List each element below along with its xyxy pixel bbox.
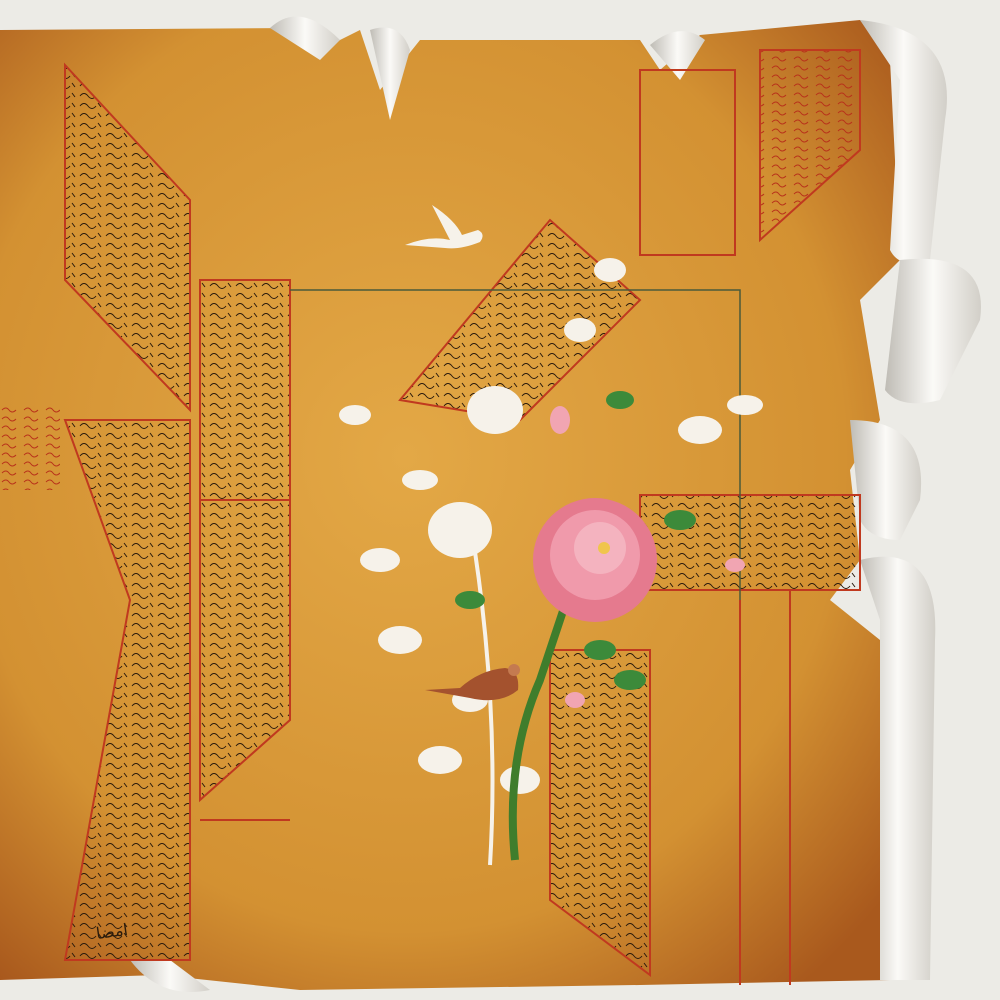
painting-canvas — [0, 0, 1000, 1000]
